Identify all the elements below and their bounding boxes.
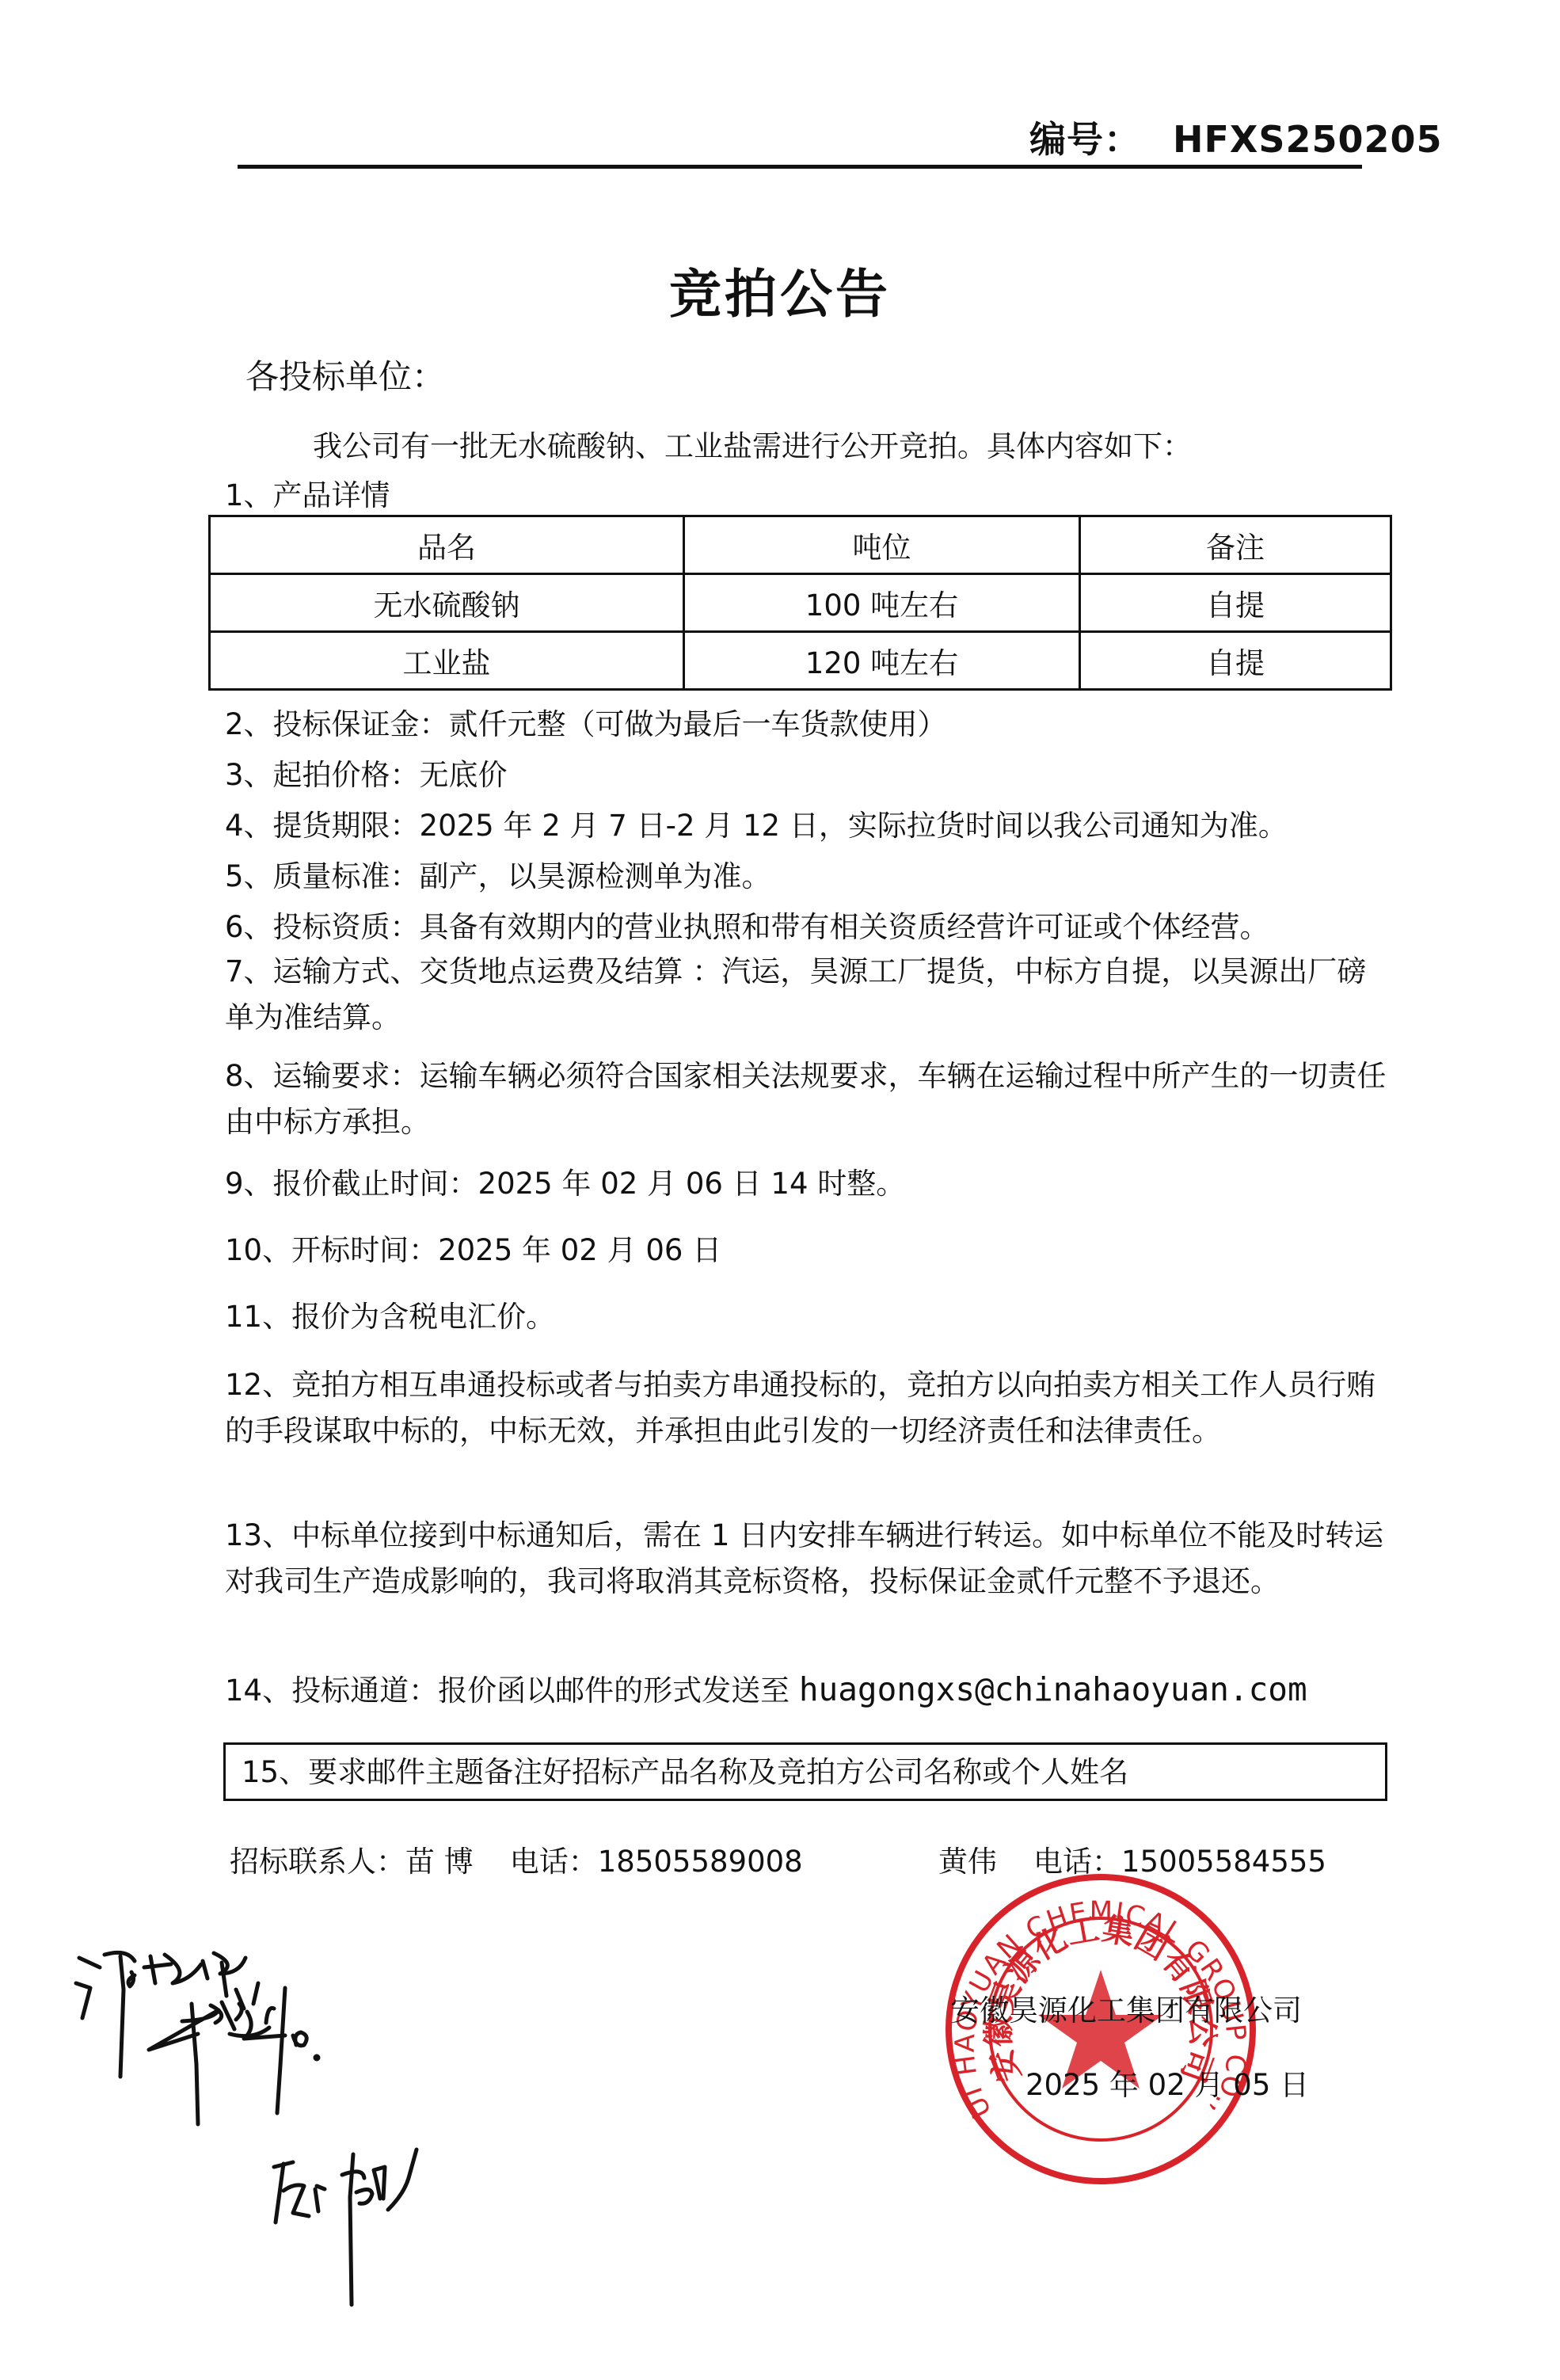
item-collusion-clause: 12、竞拍方相互串通投标或者与拍卖方串通投标的，竞拍方以向拍卖方相关工作人员行贿… — [225, 1362, 1389, 1454]
item-transport-requirements: 8、运输要求：运输车辆必须符合国家相关法规要求，车辆在运输过程中所产生的一切责任… — [225, 1053, 1389, 1145]
table-row: 工业盐 120 吨左右 自提 — [210, 632, 1391, 690]
table-cell: 无水硫酸钠 — [210, 574, 684, 632]
item-price-terms: 11、报价为含税电汇价。 — [225, 1294, 555, 1340]
item-quote-deadline: 9、报价截止时间：2025 年 02 月 06 日 14 时整。 — [225, 1161, 905, 1207]
document-number: 编号：HFXS250205 — [1029, 111, 1443, 163]
item-email-subject-requirement-box: 15、要求邮件主题备注好招标产品名称及竞拍方公司名称或个人姓名 — [223, 1742, 1387, 1801]
table-row: 无水硫酸钠 100 吨左右 自提 — [210, 574, 1391, 632]
table-header-cell: 备注 — [1080, 516, 1391, 574]
table-header-row: 品名 吨位 备注 — [210, 516, 1391, 574]
table-header-cell: 吨位 — [684, 516, 1080, 574]
item-starting-price: 3、起拍价格：无底价 — [225, 752, 508, 798]
table-cell: 自提 — [1080, 574, 1391, 632]
item-bid-opening-time: 10、开标时间：2025 年 02 月 06 日 — [225, 1228, 721, 1274]
bid-channel-label: 14、投标通道：报价函以邮件的形式发送至 — [225, 1674, 799, 1708]
item-deposit: 2、投标保证金：贰仟元整（可做为最后一车货款使用） — [225, 702, 947, 748]
bid-email-link[interactable]: huagongxs@chinahaoyuan.com — [799, 1670, 1307, 1708]
section-product-details-title: 1、产品详情 — [225, 473, 390, 519]
item-transport-settlement: 7、运输方式、交货地点运费及结算 ：汽运，昊源工厂提货，中标方自提，以昊源出厂磅… — [225, 949, 1389, 1041]
contact-line-1: 招标联系人：苗 博电话：18505589008 — [230, 1839, 803, 1885]
table-header-cell: 品名 — [210, 516, 684, 574]
phone-number-1: 18505589008 — [598, 1845, 803, 1879]
document-number-value: HFXS250205 — [1173, 118, 1443, 161]
page-title: 竞拍公告 — [0, 252, 1560, 327]
item-bid-channel: 14、投标通道：报价函以邮件的形式发送至 huagongxs@chinahaoy… — [225, 1666, 1307, 1714]
document-number-label: 编号： — [1029, 118, 1141, 161]
table-cell: 120 吨左右 — [684, 632, 1080, 690]
item-pickup-period: 4、提货期限：2025 年 2 月 7 日-2 月 12 日，实际拉货时间以我公… — [225, 803, 1288, 849]
issue-date: 2025 年 02 月 05 日 — [1025, 2061, 1309, 2104]
phone-label-1: 电话： — [510, 1845, 598, 1879]
issuing-company: 安徽昊源化工集团有限公司 — [950, 1986, 1302, 2029]
table-cell: 100 吨左右 — [684, 574, 1080, 632]
product-table: 品名 吨位 备注 无水硫酸钠 100 吨左右 自提 工业盐 120 吨左右 自提 — [208, 515, 1392, 691]
contact-label: 招标联系人： — [230, 1845, 405, 1879]
item-bidder-qualification: 6、投标资质：具备有效期内的营业执照和带有相关资质经营许可证或个体经营。 — [225, 904, 1269, 950]
handwritten-signature-icon — [32, 1917, 634, 2376]
item-transfer-deadline: 13、中标单位接到中标通知后，需在 1 日内安排车辆进行转运。如中标单位不能及时… — [225, 1513, 1389, 1605]
table-cell: 工业盐 — [210, 632, 684, 690]
salutation: 各投标单位： — [245, 354, 445, 400]
table-cell: 自提 — [1080, 632, 1391, 690]
header-divider — [238, 165, 1362, 169]
contact-person-1: 苗 博 — [405, 1845, 474, 1879]
item-quality-standard: 5、质量标准：副产，以昊源检测单为准。 — [225, 854, 771, 900]
intro-paragraph: 我公司有一批无水硫酸钠、工业盐需进行公开竞拍。具体内容如下： — [313, 424, 1192, 470]
email-subject-requirement: 15、要求邮件主题备注好招标产品名称及竞拍方公司名称或个人姓名 — [242, 1750, 1128, 1795]
company-seal-icon: ANHUI HAOYUAN CHEMICAL GROUP CO.,LTD. 安徽… — [942, 1871, 1259, 2188]
